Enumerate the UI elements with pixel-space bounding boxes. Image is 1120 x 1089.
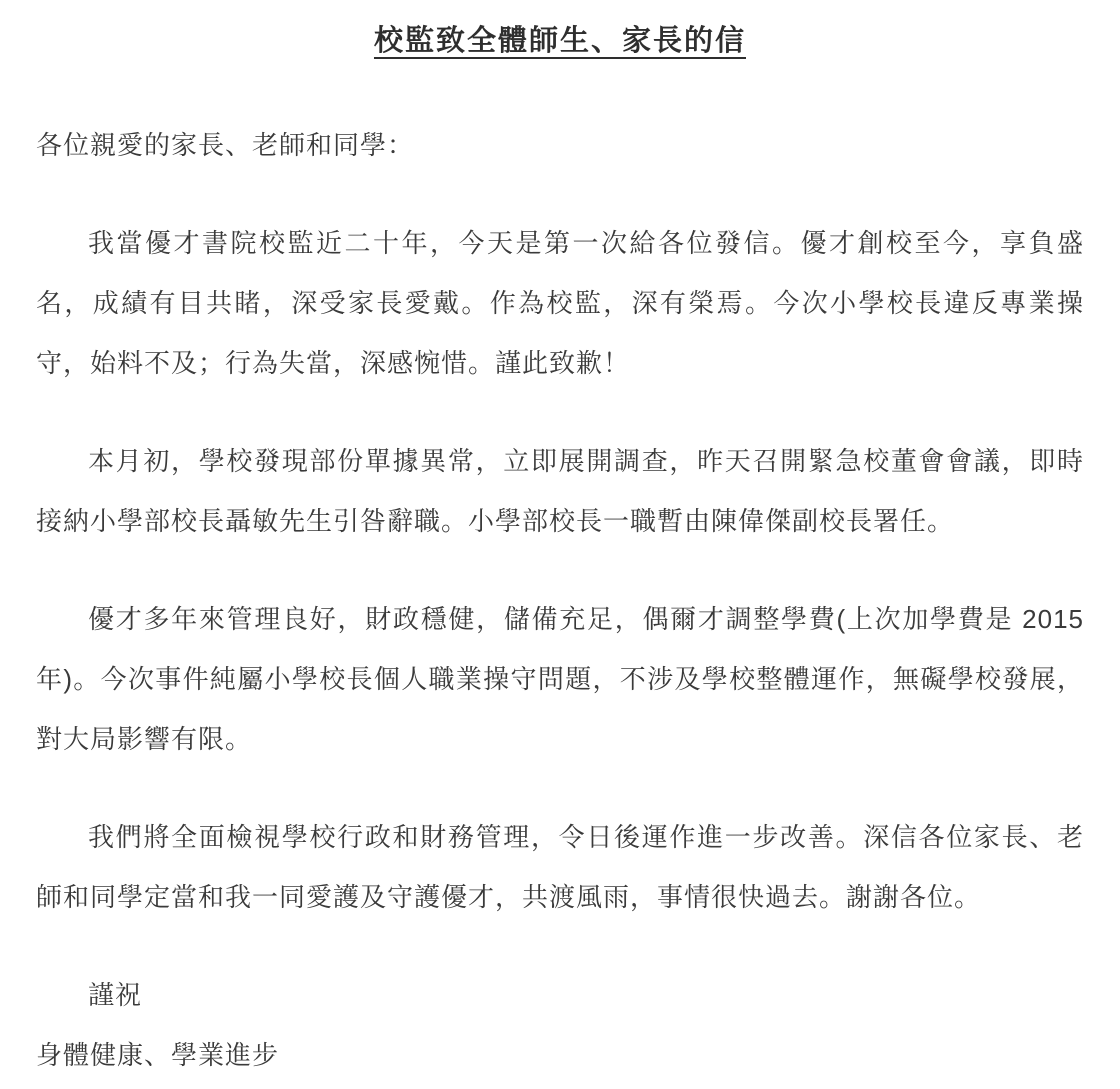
closing-salute: 謹祝 [36,965,1084,1025]
closing-block: 謹祝 身體健康、學業進步 [36,965,1084,1085]
letter-title-text: 校監致全體師生、家長的信 [374,25,746,57]
letter-page: 校監致全體師生、家長的信 各位親愛的家長、老師和同學： 我當優才書院校監近二十年… [0,0,1120,1089]
letter-title: 校監致全體師生、家長的信 [36,18,1084,59]
paragraph-apology: 我當優才書院校監近二十年，今天是第一次給各位發信。優才創校至今，享負盛名，成績有… [36,213,1084,393]
paragraph-review: 我們將全面檢視學校行政和財務管理，令日後運作進一步改善。深信各位家長、老師和同學… [36,807,1084,927]
closing-wish: 身體健康、學業進步 [36,1025,1084,1085]
paragraph-finance: 優才多年來管理良好，財政穩健，儲備充足，偶爾才調整學費(上次加學費是 2015 … [36,589,1084,769]
salutation-line: 各位親愛的家長、老師和同學： [36,115,1084,175]
paragraph-investigation: 本月初，學校發現部份單據異常，立即展開調查，昨天召開緊急校董會會議，即時接納小學… [36,431,1084,551]
